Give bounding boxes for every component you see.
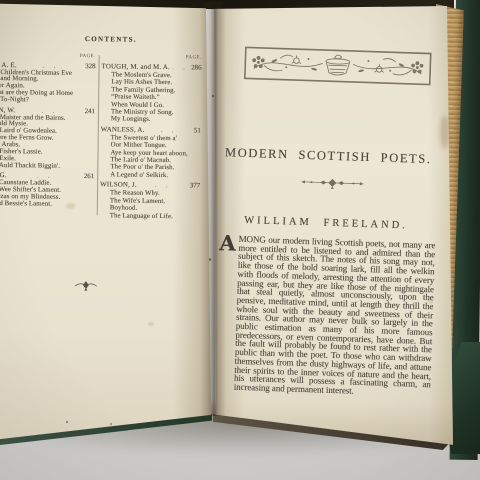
- chapter-heading: WILLIAM FREELAND.: [212, 214, 440, 233]
- chapter-body: AMONG our modern living Scottish poets, …: [219, 234, 435, 257]
- book-title: MODERN SCOTTISH POETS.: [214, 145, 442, 168]
- page-number: 286: [191, 64, 201, 71]
- body-paragraph: MONG our modern living Scottish poets, n…: [234, 235, 436, 398]
- contents-column-right: PAGE.TOUGH, M. and M. A.. .286The Moslem…: [100, 53, 202, 220]
- chapter-page-text: MODERN SCOTTISH POETS. WILLIAM FREELAND.…: [205, 12, 453, 436]
- contents-title: CONTENTS.: [0, 34, 224, 45]
- contents-column-left: PAGE.LOR, A. E.. .328e Children's Christ…: [0, 52, 96, 209]
- poem-title-line: My Longings.: [101, 116, 201, 125]
- book-photo: CONTENTS. PAGE.LOR, A. E.. .328e Childre…: [0, 0, 480, 480]
- poem-title-line: To-Night?: [0, 97, 95, 105]
- author-name: WANLESS, A.: [101, 126, 145, 134]
- page-number: 241: [85, 108, 95, 115]
- leader-dots: . .: [170, 65, 191, 72]
- page-number: 328: [85, 63, 95, 70]
- page-number: 51: [194, 127, 201, 134]
- author-name: MSON, W.: [0, 106, 16, 113]
- page-number: 261: [84, 173, 94, 180]
- page-column-label: PAGE.: [0, 52, 96, 60]
- page-number: 377: [190, 183, 200, 190]
- poem-title-line: The Language of Life.: [100, 212, 200, 221]
- poem-title-line: e Auld Thackit Biggin'.: [0, 163, 94, 171]
- drop-cap: A: [219, 235, 236, 251]
- poem-title-line: A Legend o' Selkirk.: [100, 171, 200, 180]
- contents-page-text: CONTENTS. PAGE.LOR, A. E.. .328e Childre…: [0, 30, 224, 313]
- floral-headband-icon: [244, 45, 432, 88]
- divider-ornament-icon: [299, 175, 365, 191]
- end-fleuron-icon: [73, 279, 99, 291]
- poem-title-line: uld Bessie's Lament.: [0, 201, 94, 209]
- page-column-label: PAGE.: [102, 53, 202, 61]
- author-name: LOR, A. E.: [0, 61, 17, 68]
- author-name: WILSON, J.: [100, 182, 137, 189]
- author-name: TOUGH, M. and M. A.: [102, 63, 170, 71]
